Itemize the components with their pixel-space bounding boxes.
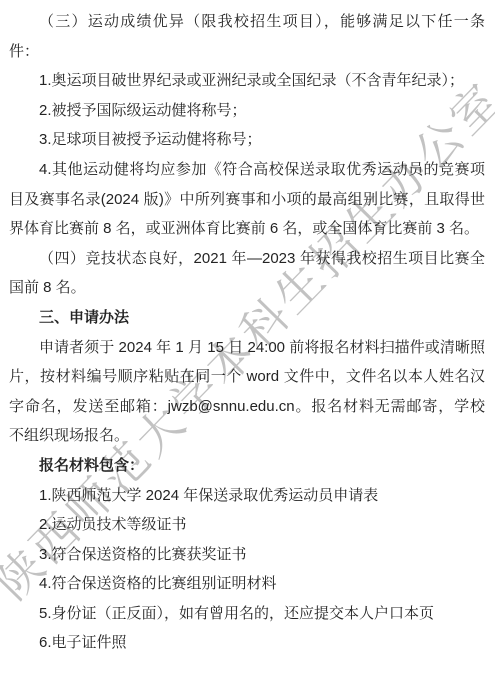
text-line: 3.符合保送资格的比赛获奖证书 [9, 540, 485, 570]
text-line: 6.电子证件照 [9, 628, 485, 658]
text-line: 字命名，发送至邮箱：jwzb@snnu.edu.cn。报名材料无需邮寄，学校 [9, 392, 485, 422]
text-line: 5.身份证（正反面），如有曾用名的，还应提交本人户口本页 [9, 599, 485, 629]
text-line: 3.足球项目被授予运动健将称号； [9, 125, 485, 155]
text-line: 2.运动员技术等级证书 [9, 510, 485, 540]
material-item-1-application-form: 1.陕西师范大学 2024 年保送录取优秀运动员申请表 [9, 481, 485, 511]
text-line: 不组织现场报名。 [9, 421, 485, 451]
material-item-6-photo: 6.电子证件照 [9, 628, 485, 658]
text-line: 报名材料包含： [9, 451, 485, 481]
label-application-materials: 报名材料包含： [9, 451, 485, 481]
text-line: （三）运动成绩优异（限我校招生项目），能够满足以下任一条 [9, 7, 485, 37]
text-line: 1.陕西师范大学 2024 年保送录取优秀运动员申请表 [9, 481, 485, 511]
text-line: 2.被授予国际级运动健将称号； [9, 96, 485, 126]
document-body: （三）运动成绩优异（限我校招生项目），能够满足以下任一条件：1.奥运项目破世界纪… [0, 0, 495, 658]
list-item-other-athletes-competitions: 4.其他运动健将均应参加《符合高校保送录取优秀运动员的竞赛项目及赛事名录(202… [9, 155, 485, 244]
list-item-football-athlete-title: 3.足球项目被授予运动健将称号； [9, 125, 485, 155]
heading-application-method: 三、申请办法 [9, 303, 485, 333]
text-line: 界体育比赛前 8 名，或亚洲体育比赛前 6 名，或全国体育比赛前 3 名。 [9, 214, 485, 244]
text-line: 件： [9, 37, 485, 67]
text-line: （四）竞技状态良好，2021 年—2023 年获得我校招生项目比赛全 [9, 244, 485, 274]
text-line: 三、申请办法 [9, 303, 485, 333]
text-line: 1.奥运项目破世界纪录或亚洲纪录或全国纪录（不含青年纪录）； [9, 66, 485, 96]
text-line: 目及赛事名录(2024 版)》中所列赛事和小项的最高组别比赛，且取得世 [9, 185, 485, 215]
text-line: 4.符合保送资格的比赛组别证明材料 [9, 569, 485, 599]
material-item-4-competition-group-proof: 4.符合保送资格的比赛组别证明材料 [9, 569, 485, 599]
list-item-international-athlete-title: 2.被授予国际级运动健将称号； [9, 96, 485, 126]
material-item-2-athlete-grade-certificate: 2.运动员技术等级证书 [9, 510, 485, 540]
text-line: 4.其他运动健将均应参加《符合高校保送录取优秀运动员的竞赛项 [9, 155, 485, 185]
material-item-3-award-certificate: 3.符合保送资格的比赛获奖证书 [9, 540, 485, 570]
text-line: 国前 8 名。 [9, 273, 485, 303]
text-line: 片，按材料编号顺序粘贴在同一个 word 文件中，文件名以本人姓名汉 [9, 362, 485, 392]
document-page: 陕西师范大学本科生招生办公室 （三）运动成绩优异（限我校招生项目），能够满足以下… [0, 0, 495, 675]
list-item-olympic-records: 1.奥运项目破世界纪录或亚洲纪录或全国纪录（不含青年纪录）； [9, 66, 485, 96]
text-line: 申请者须于 2024 年 1 月 15 日 24:00 前将报名材料扫描件或清晰… [9, 333, 485, 363]
para-criteria-item-4: （四）竞技状态良好，2021 年—2023 年获得我校招生项目比赛全国前 8 名… [9, 244, 485, 303]
para-criteria-item-3: （三）运动成绩优异（限我校招生项目），能够满足以下任一条件： [9, 7, 485, 66]
para-application-instructions: 申请者须于 2024 年 1 月 15 日 24:00 前将报名材料扫描件或清晰… [9, 333, 485, 451]
material-item-5-id-card: 5.身份证（正反面），如有曾用名的，还应提交本人户口本页 [9, 599, 485, 629]
